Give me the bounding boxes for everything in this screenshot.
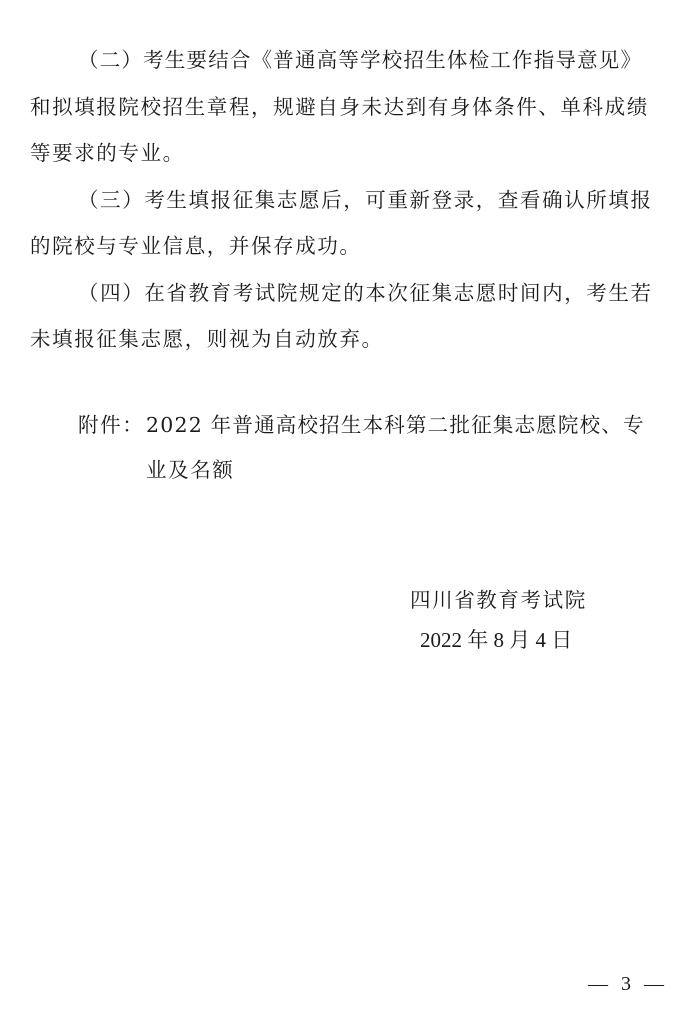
paragraph-3-line-1: （三）考生填报征集志愿后，可重新登录，查看确认所填报: [78, 188, 653, 212]
paragraph-2-line-3: 等要求的专业。: [30, 141, 185, 165]
attachment-title-line-2: 业及名额: [146, 458, 234, 482]
paragraph-4-line-1: （四）在省教育考试院规定的本次征集志愿时间内，考生若: [78, 281, 653, 305]
attachment-title-line-1: 2022 年普通高校招生本科第二批征集志愿院校、专: [146, 413, 645, 437]
paragraph-2-line-2: 和拟填报院校招生章程，规避自身未达到有身体条件、单科成绩: [30, 95, 649, 119]
issue-date: 2022 年 8 月 4 日: [420, 628, 572, 652]
paragraph-4-line-2: 未填报征集志愿，则视为自动放弃。: [30, 327, 384, 351]
issuing-organization: 四川省教育考试院: [410, 588, 587, 612]
paragraph-3-line-2: 的院校与专业信息，并保存成功。: [30, 234, 362, 258]
paragraph-2-line-1: （二）考生要结合《普通高等学校招生体检工作指导意见》: [78, 48, 642, 72]
attachment-label: 附件：: [78, 413, 144, 437]
page-number: — 3 —: [588, 973, 668, 996]
